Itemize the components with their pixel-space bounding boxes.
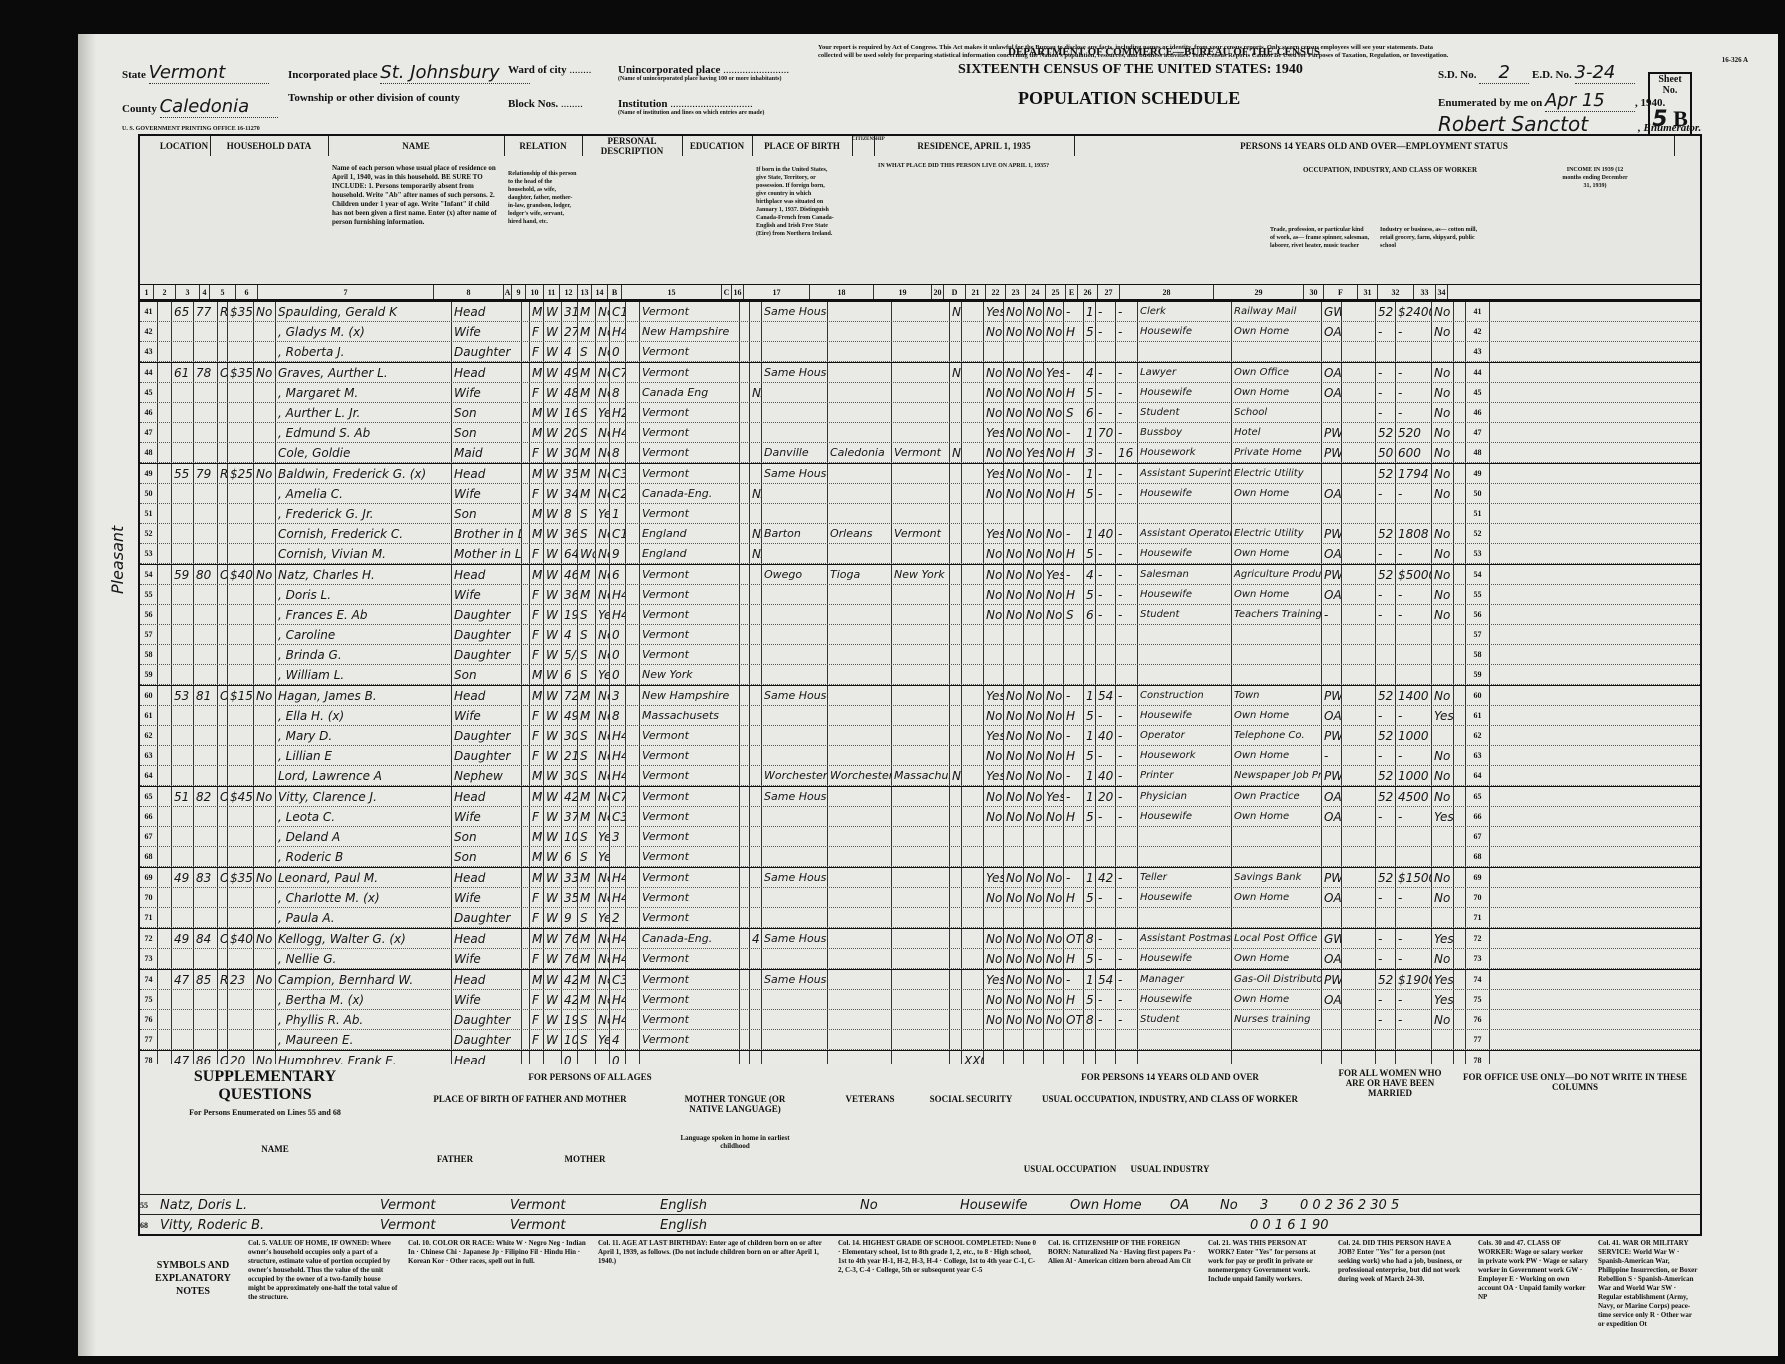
cell-household-number	[194, 423, 218, 442]
cell-code-d	[962, 504, 984, 523]
cell-residence-farm	[950, 827, 962, 846]
column-number: 17	[744, 285, 810, 299]
county-value: Caledonia	[160, 96, 278, 118]
cell-citizenship	[750, 766, 762, 785]
cell-code-f	[1342, 585, 1376, 604]
cell-emergency-work: No	[1004, 686, 1024, 705]
cell-industry: Savings Bank	[1232, 868, 1322, 887]
cell-grade: 0	[610, 645, 626, 664]
cell-farm	[254, 766, 276, 785]
cell-code-c	[740, 970, 750, 989]
cell-school: No	[596, 302, 610, 321]
cell-hours-worked: -	[1096, 888, 1116, 907]
cell-wages	[1396, 342, 1432, 361]
cell-has-job: No	[1044, 888, 1064, 907]
cell-hours-worked: -	[1096, 383, 1116, 402]
cell-line-number-right: 72	[1466, 929, 1490, 948]
cell-class-of-worker: OA	[1322, 990, 1342, 1009]
cell-home-value: $35	[228, 868, 254, 887]
table-row: 724984O$40NoKellogg, Walter G. (x)HeadMW…	[140, 928, 1700, 949]
cell-household-number: 77	[194, 302, 218, 321]
cell-code-e: 8	[1084, 1010, 1096, 1029]
cell-farm	[254, 645, 276, 664]
cell-household-number: 83	[194, 868, 218, 887]
cell-code-d	[962, 625, 984, 644]
cell-class-of-worker: OA	[1322, 363, 1342, 382]
cell-street	[158, 625, 172, 644]
cell-farm-schedule	[1454, 1010, 1466, 1029]
column-number: 26	[1078, 285, 1098, 299]
cell-marital-status: M	[578, 868, 596, 887]
cell-at-work: No	[984, 363, 1004, 382]
cell-weeks-worked: 52	[1376, 766, 1396, 785]
cell-has-job: No	[1044, 605, 1064, 624]
cell-weeks-worked: -	[1376, 949, 1396, 968]
cell-code-e	[1084, 847, 1096, 866]
cell-line-number: 42	[140, 322, 158, 341]
cell-code-e: 5	[1084, 990, 1096, 1009]
cell-relation: Head	[452, 686, 522, 705]
cell-at-work: Yes	[984, 970, 1004, 989]
cell-residence-city	[762, 949, 828, 968]
cell-person-name: Cornish, Frederick C.	[276, 524, 452, 543]
cell-school: No	[596, 322, 610, 341]
cell-sex: M	[530, 524, 544, 543]
cell-household-number	[194, 484, 218, 503]
cell-seeking-work: No	[1024, 322, 1044, 341]
supp-all-ages: FOR PERSONS OF ALL AGES	[380, 1072, 800, 1082]
cell-activity-code: H	[1064, 888, 1084, 907]
cell-occupation: Housewife	[1138, 949, 1232, 968]
cell-wages: 1000	[1396, 726, 1432, 745]
cell-house-number	[172, 484, 194, 503]
cell-wages: -	[1396, 1010, 1432, 1029]
cell-birthplace: England	[640, 544, 740, 563]
note-col10: Col. 10. COLOR OR RACE: White W · Negro …	[408, 1239, 588, 1266]
cell-home-value	[228, 990, 254, 1009]
table-row: 52Cornish, Frederick C.Brother in LawMW3…	[140, 524, 1700, 544]
column-number: 31	[1358, 285, 1378, 299]
cell-citizenship	[750, 1010, 762, 1029]
cell-citizenship: 4	[750, 929, 762, 948]
cell-race: W	[544, 524, 562, 543]
cell-citizenship	[750, 706, 762, 725]
cell-street	[158, 908, 172, 927]
cell-other-income	[1432, 504, 1454, 523]
cell-farm: No	[254, 868, 276, 887]
cell-age: 31	[562, 302, 578, 321]
cell-home-value	[228, 726, 254, 745]
cell-house-number	[172, 504, 194, 523]
cell-at-work: Yes	[984, 464, 1004, 483]
cell-industry	[1232, 908, 1322, 927]
cell-farm-schedule	[1454, 544, 1466, 563]
cell-residence-state	[892, 929, 950, 948]
cell-school: Yes	[596, 504, 610, 523]
census-sheet: Your report is required by Act of Congre…	[78, 34, 1778, 1356]
cell-code-b	[626, 787, 640, 806]
cell-household-number	[194, 1030, 218, 1049]
cell-code-e: 5	[1084, 949, 1096, 968]
cell-weeks-unemployed: -	[1116, 302, 1138, 321]
cell-residence-county	[828, 929, 892, 948]
cell-line-number-right: 63	[1466, 746, 1490, 765]
cell-residence-county	[828, 1010, 892, 1029]
cell-age: 36	[562, 524, 578, 543]
cell-other-income: No	[1432, 787, 1454, 806]
cell-home-value	[228, 706, 254, 725]
supp-row-68: 68 Vitty, Roderic B. Vermont Vermont Eng…	[140, 1214, 1700, 1235]
cell-code-d	[962, 686, 984, 705]
cell-residence-farm	[950, 565, 962, 584]
cell-activity-code: H	[1064, 706, 1084, 725]
table-row: 605381O$15NoHagan, James B.HeadMW72MNo3N…	[140, 685, 1700, 706]
cell-has-job: No	[1044, 686, 1064, 705]
cell-line-number: 55	[140, 585, 158, 604]
cell-owned-rented	[218, 322, 228, 341]
cell-code-f	[1342, 1010, 1376, 1029]
cell-has-job: No	[1044, 929, 1064, 948]
occupation-header: OCCUPATION, INDUSTRY, AND CLASS OF WORKE…	[1270, 166, 1510, 174]
cell-code-a	[522, 807, 530, 826]
cell-citizenship	[750, 1030, 762, 1049]
cell-residence-county	[828, 827, 892, 846]
cell-industry	[1232, 504, 1322, 523]
cell-owned-rented	[218, 383, 228, 402]
cell-code-d	[962, 827, 984, 846]
cell-occupation: Printer	[1138, 766, 1232, 785]
cell-at-work: No	[984, 787, 1004, 806]
cell-occupation	[1138, 908, 1232, 927]
cell-seeking-work: No	[1024, 524, 1044, 543]
cell-industry: Own Home	[1232, 949, 1322, 968]
cell-occupation: Housewife	[1138, 888, 1232, 907]
cell-has-job: No	[1044, 443, 1064, 462]
cell-residence-city: Barton	[762, 524, 828, 543]
cell-weeks-unemployed	[1116, 665, 1138, 684]
cell-residence-county	[828, 403, 892, 422]
cell-household-number	[194, 645, 218, 664]
cell-activity-code: -	[1064, 363, 1084, 382]
cell-code-b	[626, 908, 640, 927]
cell-code-e	[1084, 504, 1096, 523]
cell-school: No	[596, 363, 610, 382]
cell-race: W	[544, 665, 562, 684]
cell-farm-schedule	[1454, 322, 1466, 341]
cell-age: 33	[562, 868, 578, 887]
cell-household-number	[194, 766, 218, 785]
cell-owned-rented	[218, 949, 228, 968]
cell-code-c	[740, 807, 750, 826]
cell-code-b	[626, 929, 640, 948]
cell-birthplace: Vermont	[640, 443, 740, 462]
cell-household-number	[194, 746, 218, 765]
cell-wages: $1900	[1396, 970, 1432, 989]
cell-street	[158, 868, 172, 887]
cell-occupation: Housewife	[1138, 484, 1232, 503]
cell-line-number-right: 65	[1466, 787, 1490, 806]
cell-weeks-worked	[1376, 847, 1396, 866]
cell-school: No	[596, 929, 610, 948]
cell-home-value	[228, 766, 254, 785]
cell-residence-county	[828, 807, 892, 826]
cell-household-number: 85	[194, 970, 218, 989]
cell-industry	[1232, 625, 1322, 644]
cell-race: W	[544, 847, 562, 866]
cell-age: 10	[562, 827, 578, 846]
cell-code-b	[626, 322, 640, 341]
cell-seeking-work: No	[1024, 464, 1044, 483]
table-row: 67, Deland ASonMW10SYes3Vermont67	[140, 827, 1700, 847]
cell-marital-status: S	[578, 746, 596, 765]
cell-has-job: No	[1044, 544, 1064, 563]
cell-line-number: 69	[140, 868, 158, 887]
cell-citizenship	[750, 322, 762, 341]
cell-industry: Own Home	[1232, 807, 1322, 826]
cell-owned-rented: R	[218, 302, 228, 321]
cell-age: 6	[562, 665, 578, 684]
cell-wages: -	[1396, 605, 1432, 624]
cell-farm-schedule	[1454, 949, 1466, 968]
cell-class-of-worker: OA	[1322, 787, 1342, 806]
cell-code-f	[1342, 807, 1376, 826]
cell-citizenship	[750, 665, 762, 684]
cell-weeks-worked: -	[1376, 383, 1396, 402]
cell-person-name: , Edmund S. Ab	[276, 423, 452, 442]
table-row: 58, Brinda G.DaughterFW5/12SNo0Vermont58	[140, 645, 1700, 665]
cell-emergency-work: No	[1004, 565, 1024, 584]
cell-age: 42	[562, 970, 578, 989]
table-row: 45, Margaret M.WifeFW48MNo8Canada EngNAN…	[140, 383, 1700, 403]
cell-marital-status: M	[578, 383, 596, 402]
cell-citizenship	[750, 403, 762, 422]
cell-code-d	[962, 1030, 984, 1049]
cell-line-number: 45	[140, 383, 158, 402]
cell-seeking-work: No	[1024, 686, 1044, 705]
cell-race: W	[544, 990, 562, 1009]
cell-age: 4	[562, 342, 578, 361]
cell-street	[158, 585, 172, 604]
cell-residence-county	[828, 908, 892, 927]
cell-marital-status: M	[578, 302, 596, 321]
cell-race: W	[544, 403, 562, 422]
column-number: 10	[526, 285, 544, 299]
cell-code-f	[1342, 645, 1376, 664]
cell-residence-county	[828, 970, 892, 989]
cell-other-income	[1432, 908, 1454, 927]
cell-home-value	[228, 544, 254, 563]
cell-code-a	[522, 949, 530, 968]
cell-line-number: 56	[140, 605, 158, 624]
cell-farm	[254, 827, 276, 846]
cell-sex: F	[530, 443, 544, 462]
ed-value: 3-24	[1575, 62, 1635, 84]
cell-owned-rented	[218, 726, 228, 745]
cell-residence-farm	[950, 665, 962, 684]
cell-class-of-worker	[1322, 847, 1342, 866]
ward-field: Ward of city ........	[508, 64, 591, 76]
cell-class-of-worker: OA	[1322, 383, 1342, 402]
cell-person-name: , Gladys M. (x)	[276, 322, 452, 341]
table-row: 50, Amelia C.WifeFW34MNoC2Canada-Eng.NAN…	[140, 484, 1700, 504]
cell-line-number: 60	[140, 686, 158, 705]
cell-citizenship: NA	[750, 544, 762, 563]
cell-code-e	[1084, 908, 1096, 927]
cell-sex: M	[530, 787, 544, 806]
cell-class-of-worker: PW	[1322, 970, 1342, 989]
cell-code-a	[522, 888, 530, 907]
cell-residence-city	[762, 544, 828, 563]
cell-has-job: No	[1044, 484, 1064, 503]
cell-birthplace: Vermont	[640, 908, 740, 927]
cell-relation: Wife	[452, 383, 522, 402]
cell-code-c	[740, 908, 750, 927]
cell-farm	[254, 888, 276, 907]
cell-class-of-worker: OA	[1322, 888, 1342, 907]
cell-relation: Brother in Law	[452, 524, 522, 543]
cell-wages	[1396, 908, 1432, 927]
cell-street	[158, 322, 172, 341]
cell-farm-schedule	[1454, 625, 1466, 644]
cell-house-number	[172, 706, 194, 725]
cell-race: W	[544, 706, 562, 725]
cell-residence-farm	[950, 625, 962, 644]
cell-industry: Electric Utility	[1232, 524, 1322, 543]
table-row: 416577R$35NoSpaulding, Gerald KHeadMW31M…	[140, 301, 1700, 322]
cell-residence-state	[892, 363, 950, 382]
supp-social-security: SOCIAL SECURITY	[926, 1094, 1016, 1104]
cell-class-of-worker: -	[1322, 746, 1342, 765]
cell-seeking-work: No	[1024, 766, 1044, 785]
cell-age: 5/12	[562, 645, 578, 664]
cell-has-job: No	[1044, 807, 1064, 826]
cell-has-job	[1044, 1030, 1064, 1049]
cell-residence-county	[828, 484, 892, 503]
cell-household-number	[194, 443, 218, 462]
cell-age: 19	[562, 1010, 578, 1029]
cell-home-value	[228, 827, 254, 846]
cell-residence-state	[892, 949, 950, 968]
cell-code-c	[740, 625, 750, 644]
cell-street	[158, 443, 172, 462]
cell-birthplace: Vermont	[640, 990, 740, 1009]
cell-relation: Wife	[452, 807, 522, 826]
cell-code-b	[626, 827, 640, 846]
cell-residence-state	[892, 827, 950, 846]
cell-at-work: Yes	[984, 524, 1004, 543]
cell-occupation	[1138, 665, 1232, 684]
cell-code-c	[740, 929, 750, 948]
cell-house-number	[172, 403, 194, 422]
cell-code-f	[1342, 970, 1376, 989]
cell-age: 46	[562, 565, 578, 584]
cell-residence-state	[892, 625, 950, 644]
cell-residence-state	[892, 807, 950, 826]
cell-person-name: , Roderic B	[276, 847, 452, 866]
cell-emergency-work: No	[1004, 868, 1024, 887]
institution-field: Institution ............................…	[618, 98, 764, 116]
cell-hours-worked	[1096, 827, 1116, 846]
cell-owned-rented	[218, 1030, 228, 1049]
cell-seeking-work	[1024, 1030, 1044, 1049]
cell-code-b	[626, 544, 640, 563]
cell-person-name: , Frederick G. Jr.	[276, 504, 452, 523]
cell-citizenship	[750, 363, 762, 382]
cell-class-of-worker	[1322, 625, 1342, 644]
cell-household-number	[194, 322, 218, 341]
cell-citizenship	[750, 827, 762, 846]
name-instructions: Name of each person whose usual place of…	[332, 164, 500, 227]
cell-grade: H4	[610, 1010, 626, 1029]
cell-code-a	[522, 990, 530, 1009]
cell-birthplace: Vermont	[640, 888, 740, 907]
cell-farm-schedule	[1454, 746, 1466, 765]
cell-code-a	[522, 605, 530, 624]
cell-farm-schedule	[1454, 970, 1466, 989]
cell-grade: 8	[610, 706, 626, 725]
cell-line-number-right: 67	[1466, 827, 1490, 846]
explanatory-notes: SYMBOLS AND EXPLANATORY NOTES Col. 5. VA…	[138, 1239, 1698, 1329]
cell-line-number-right: 74	[1466, 970, 1490, 989]
cell-line-number-right: 69	[1466, 868, 1490, 887]
cell-household-number	[194, 807, 218, 826]
cell-race: W	[544, 1030, 562, 1049]
cell-residence-state	[892, 1010, 950, 1029]
cell-wages: -	[1396, 544, 1432, 563]
cell-at-work: No	[984, 544, 1004, 563]
cell-house-number	[172, 524, 194, 543]
cell-wages	[1396, 645, 1432, 664]
cell-hours-worked: 40	[1096, 726, 1116, 745]
cell-code-b	[626, 342, 640, 361]
cell-line-number: 50	[140, 484, 158, 503]
cell-emergency-work	[1004, 342, 1024, 361]
cell-industry	[1232, 1030, 1322, 1049]
table-row: 53Cornish, Vivian M.Mother in LawFW64WdN…	[140, 544, 1700, 564]
cell-industry: Gas-Oil Distributor	[1232, 970, 1322, 989]
cell-farm	[254, 949, 276, 968]
cell-marital-status: S	[578, 726, 596, 745]
cell-residence-state	[892, 544, 950, 563]
cell-has-job: Yes	[1044, 363, 1064, 382]
cell-industry: Electric Utility	[1232, 464, 1322, 483]
cell-sex: F	[530, 322, 544, 341]
cell-residence-state	[892, 605, 950, 624]
cell-line-number-right: 66	[1466, 807, 1490, 826]
cell-person-name: , Roberta J.	[276, 342, 452, 361]
cell-residence-city	[762, 342, 828, 361]
cell-farm-schedule	[1454, 605, 1466, 624]
cell-residence-city	[762, 847, 828, 866]
cell-residence-city	[762, 990, 828, 1009]
schedule-title: POPULATION SCHEDULE	[1018, 88, 1240, 109]
cell-sex: M	[530, 403, 544, 422]
cell-residence-state	[892, 665, 950, 684]
cell-occupation: Housewife	[1138, 383, 1232, 402]
column-number: 30	[1304, 285, 1324, 299]
cell-seeking-work: No	[1024, 605, 1044, 624]
cell-person-name: Hagan, James B.	[276, 686, 452, 705]
cell-residence-state	[892, 383, 950, 402]
cell-marital-status: S	[578, 1010, 596, 1029]
cell-house-number	[172, 605, 194, 624]
table-row: 744785R23NoCampion, Bernhard W.HeadMW42M…	[140, 969, 1700, 990]
cell-code-f	[1342, 990, 1376, 1009]
cell-weeks-unemployed: -	[1116, 726, 1138, 745]
cell-code-a	[522, 726, 530, 745]
cell-race: W	[544, 1010, 562, 1029]
cell-code-e: 6	[1084, 403, 1096, 422]
